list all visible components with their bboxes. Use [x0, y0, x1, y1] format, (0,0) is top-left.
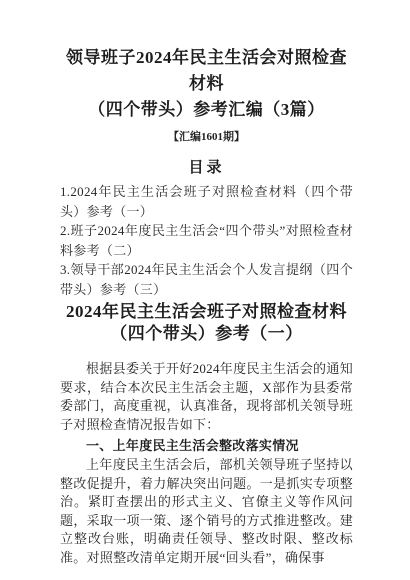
toc-item-3: 3.领导干部2024年民主生活会个人发言提纲（四个带头）参考（三）: [60, 260, 353, 299]
body-paragraph: 上年度民主生活会后，部机关领导班子坚持以整改促提升，着力解决突出问题。一是抓实专…: [60, 456, 353, 568]
document-page: 领导班子2024年民主生活会对照检查材料 （四个带头）参考汇编（3篇） 【汇编1…: [0, 0, 410, 580]
document-title: 领导班子2024年民主生活会对照检查材料 （四个带头）参考汇编（3篇）: [60, 45, 353, 123]
toc-item-1: 1.2024年民主生活会班子对照检查材料（四个带头）参考（一）: [60, 182, 353, 221]
section-heading: 2024年民主生活会班子对照检查材料（四个带头）参考（一）: [60, 301, 353, 345]
document-title-line-2: （四个带头）参考汇编（3篇）: [60, 97, 353, 123]
section-subheading: 一、上年度民主生活会整改落实情况: [60, 437, 353, 456]
issue-badge: 【汇编1601期】: [60, 130, 353, 144]
toc-item-2: 2.班子2024年度民主生活会“四个带头”对照检查材料参考（二）: [60, 221, 353, 260]
toc-list: 1.2024年民主生活会班子对照检查材料（四个带头）参考（一） 2.班子2024…: [60, 182, 353, 299]
toc-heading: 目录: [60, 159, 353, 178]
intro-paragraph: 根据县委关于开好2024年度民主生活会的通知要求，结合本次民主生活会主题，X部作…: [60, 360, 353, 434]
document-title-line-1: 领导班子2024年民主生活会对照检查材料: [60, 45, 353, 97]
